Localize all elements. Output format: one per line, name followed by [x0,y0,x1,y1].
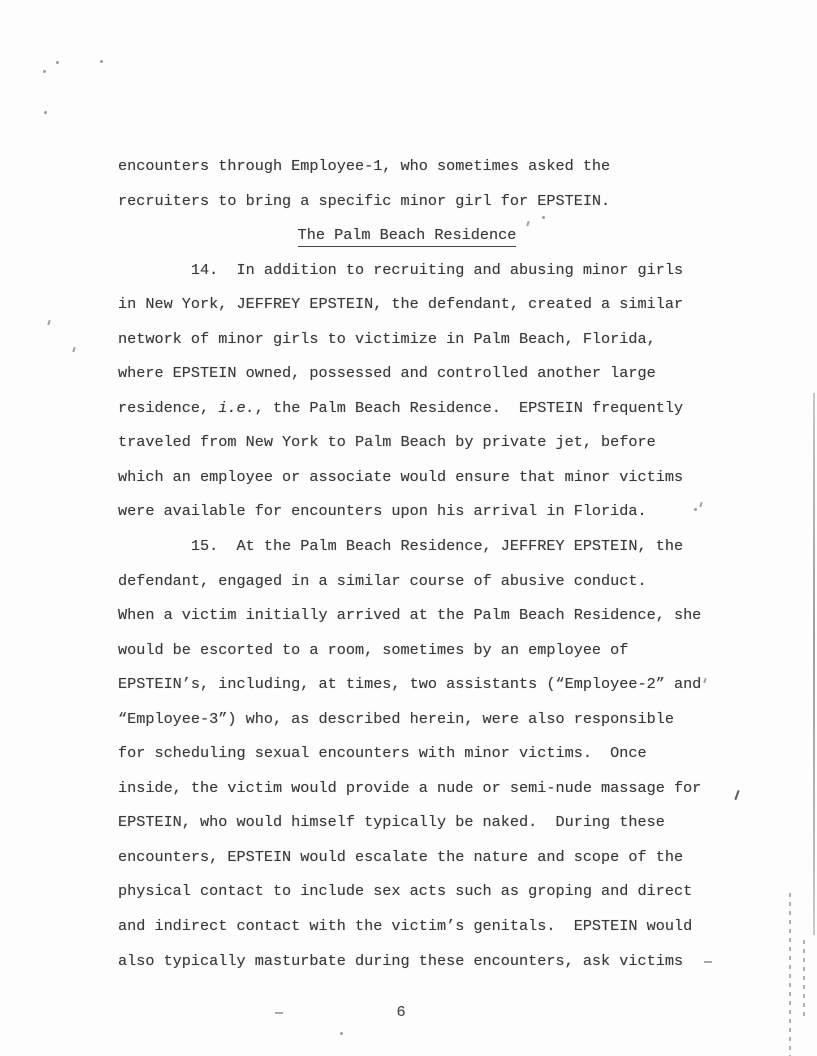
text-line: EPSTEIN’s, including, at times, two assi… [118,667,696,702]
scan-artifact-dot [43,70,46,73]
text-line: would be escorted to a room, sometimes b… [118,633,696,668]
scan-artifact-dot [56,61,59,64]
text-line: defendant, engaged in a similar course o… [118,564,696,599]
text-line: EPSTEIN, who would himself typically be … [118,805,696,840]
text-line: 14. In addition to recruiting and abusin… [118,253,696,288]
scan-artifact-dot [100,60,103,63]
scan-artifact-dot [44,111,47,114]
page-number: 6 [390,1003,412,1021]
text-line: in New York, JEFFREY EPSTEIN, the defend… [118,287,696,322]
section-heading-text: The Palm Beach Residence [298,226,517,247]
text-line: residence, i.e., the Palm Beach Residenc… [118,391,696,426]
scan-artifact-tick [47,320,50,325]
text-line: encounters through Employee-1, who somet… [118,149,696,184]
scan-artifact-backslash [734,790,739,800]
text-line: recruiters to bring a specific minor gir… [118,184,696,219]
scan-artifact-dot [340,1032,343,1035]
text-line: physical contact to include sex acts suc… [118,874,696,909]
text-line: and indirect contact with the victim’s g… [118,909,696,944]
scan-artifact-dash [704,961,712,963]
scan-artifact-vline [813,393,815,935]
scan-artifact-tick [72,347,75,352]
text-line: When a victim initially arrived at the P… [118,598,696,633]
text-line: traveled from New York to Palm Beach by … [118,425,696,460]
text-line: which an employee or associate would ens… [118,460,696,495]
scan-artifact-dashed-vline [789,893,791,1056]
text-block: encounters through Employee-1, who somet… [118,149,696,978]
scan-artifact-tick [699,502,702,507]
scan-artifact-dash [275,1012,283,1014]
section-heading: The Palm Beach Residence [118,218,696,253]
text-line: were available for encounters upon his a… [118,494,696,529]
scan-artifact-tick [703,678,706,683]
text-line: encounters, EPSTEIN would escalate the n… [118,840,696,875]
text-line: network of minor girls to victimize in P… [118,322,696,357]
text-line: where EPSTEIN owned, possessed and contr… [118,356,696,391]
scan-artifact-dashed-vline [803,940,805,1020]
text-line: for scheduling sexual encounters with mi… [118,736,696,771]
text-line: inside, the victim would provide a nude … [118,771,696,806]
text-line: “Employee-3”) who, as described herein, … [118,702,696,737]
document-page: encounters through Employee-1, who somet… [0,0,817,1056]
text-line: 15. At the Palm Beach Residence, JEFFREY… [118,529,696,564]
text-line: also typically masturbate during these e… [118,944,696,979]
